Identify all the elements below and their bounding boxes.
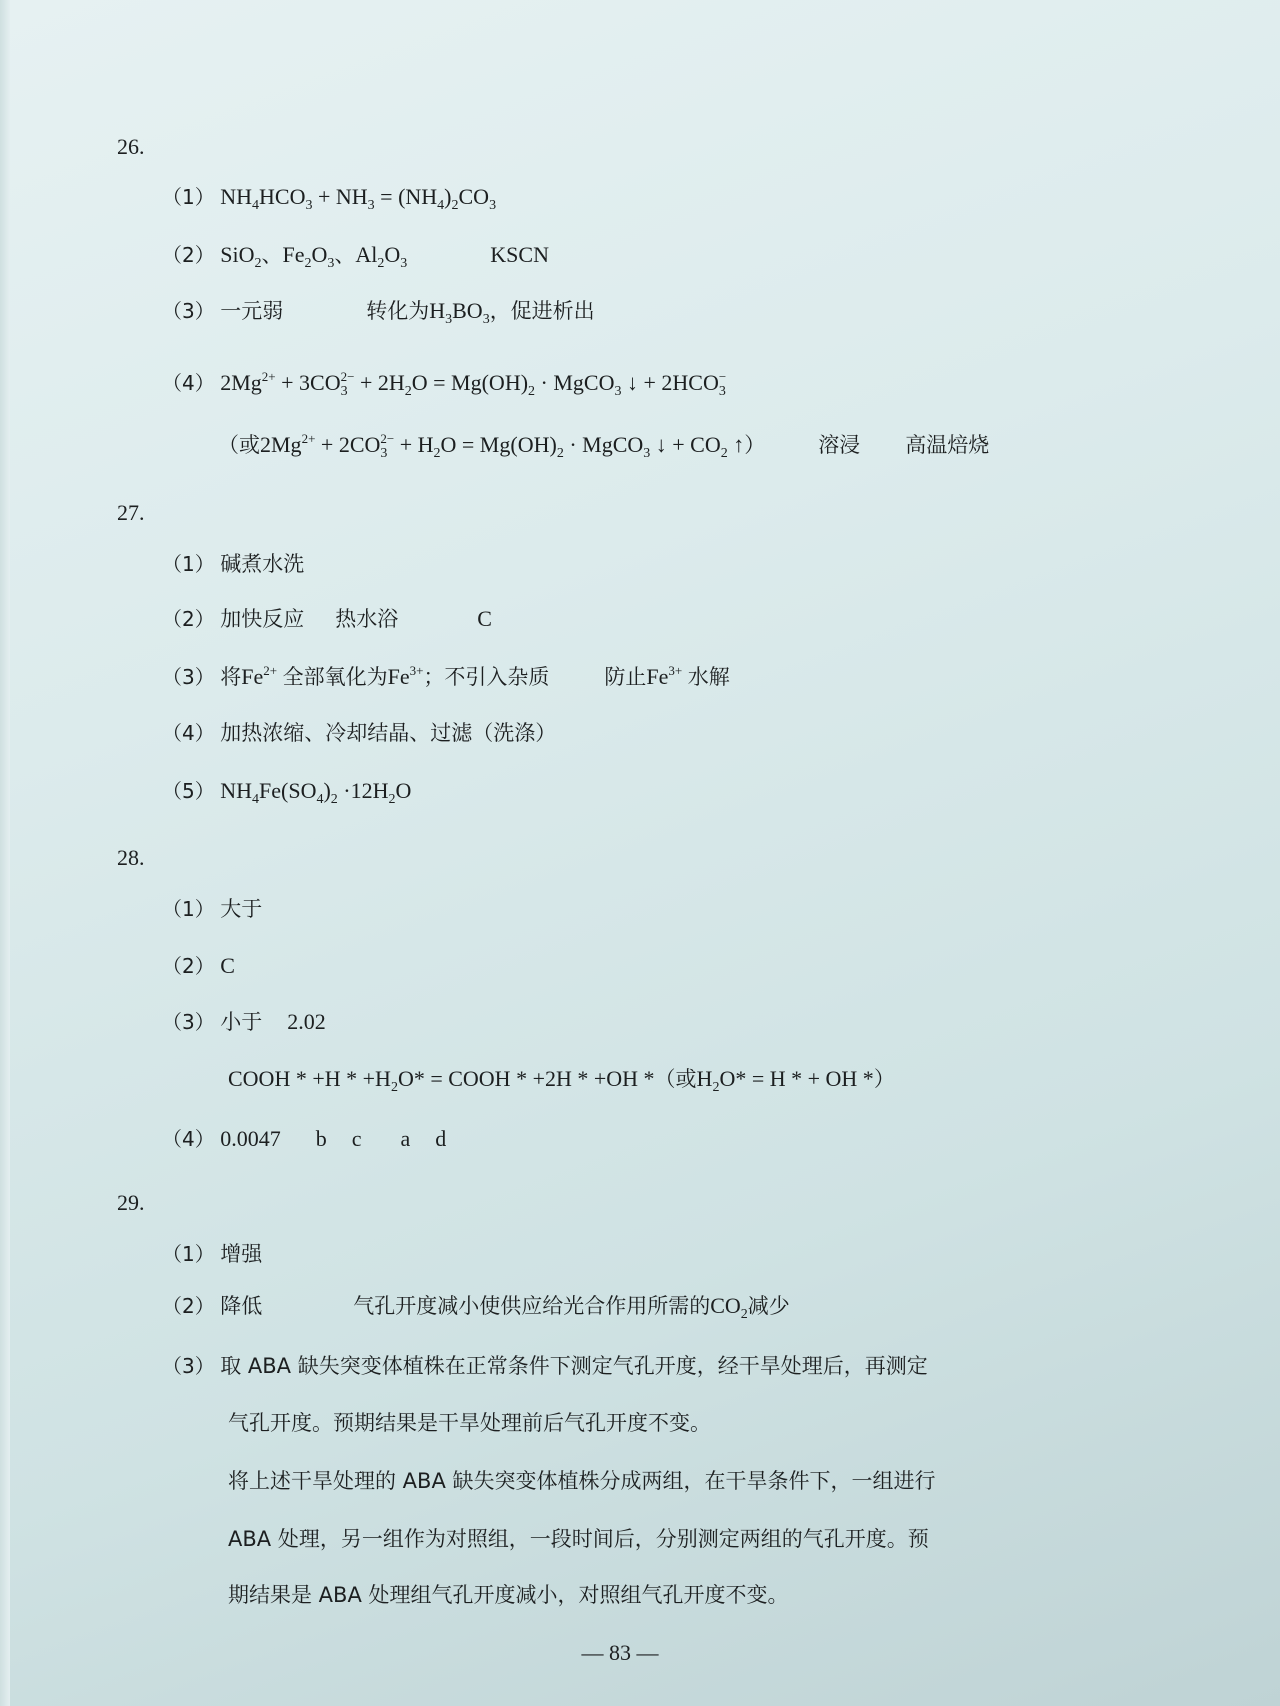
q26-p2-answer: SiO2、Fe2O3、Al2O3 bbox=[220, 242, 407, 267]
part-label: （4） bbox=[162, 371, 215, 395]
q26-part4-alt: （或2Mg2+ + 2CO32− + H2O = Mg(OH)2 · MgCO3… bbox=[218, 432, 989, 461]
q29-p3-line-3: 将上述干旱处理的 ABA 缺失突变体植株分成两组，在干旱条件下，一组进行 bbox=[228, 1471, 936, 1492]
q28-p3-answer: 小于 bbox=[220, 1010, 262, 1034]
q27-p5-answer: NH4Fe(SO4)2 ·12H2O bbox=[220, 778, 411, 803]
q27-p2-answer3: C bbox=[477, 606, 492, 631]
q26-p4-equation: 2Mg2+ + 3CO32− + 2H2O = Mg(OH)2 · MgCO3 … bbox=[220, 370, 726, 395]
question-number-28: 28. bbox=[117, 845, 145, 871]
q29-p2-answer2: 气孔开度减小使供应给光合作用所需的CO2减少 bbox=[353, 1293, 790, 1318]
q27-part4: （4） 加热浓缩、冷却结晶、过滤（洗涤） bbox=[162, 722, 556, 744]
q28-part3-equation: COOH * +H * +H2O* = COOH * +2H * +OH *（或… bbox=[228, 1068, 895, 1095]
part-label: （4） bbox=[162, 1127, 215, 1151]
q26-part1: （1） NH4HCO3 + NH3 = (NH4)2CO3 bbox=[162, 186, 496, 213]
part-label: （2） bbox=[162, 607, 215, 631]
q28-p4-answer4: a bbox=[401, 1126, 411, 1151]
q29-p3-line-5: 期结果是 ABA 处理组气孔开度减小，对照组气孔开度不变。 bbox=[228, 1585, 789, 1606]
q28-p3-equation: COOH * +H * +H2O* = COOH * +2H * +OH *（或… bbox=[228, 1066, 895, 1091]
part-label: （2） bbox=[162, 1294, 215, 1318]
q26-part2: （2） SiO2、Fe2O3、Al2O3 KSCN bbox=[162, 244, 549, 271]
q27-part5: （5） NH4Fe(SO4)2 ·12H2O bbox=[162, 780, 411, 807]
answer-key-page: 26. （1） NH4HCO3 + NH3 = (NH4)2CO3 （2） Si… bbox=[0, 0, 1280, 1706]
q29-p3-line-4: ABA 处理，另一组作为对照组，一段时间后，分别测定两组的气孔开度。预 bbox=[228, 1529, 929, 1550]
q29-p3-line-2: 气孔开度。预期结果是干旱处理前后气孔开度不变。 bbox=[228, 1413, 711, 1434]
q28-p4-answer: 0.0047 bbox=[220, 1126, 281, 1151]
q26-p4-answer3: 高温焙烧 bbox=[905, 433, 989, 457]
q29-part3: （3） 取 ABA 缺失突变体植株在正常条件下测定气孔开度，经干旱处理后，再测定 bbox=[162, 1355, 928, 1377]
q27-p1-answer: 碱煮水洗 bbox=[220, 552, 304, 576]
q27-p3-answer2: 防止Fe3+ 水解 bbox=[604, 664, 729, 689]
q28-part3: （3） 小于 2.02 bbox=[162, 1011, 326, 1033]
question-number-27: 27. bbox=[117, 500, 145, 526]
part-label: （4） bbox=[162, 721, 215, 745]
q29-part1: （1） 增强 bbox=[162, 1243, 262, 1265]
q29-part2: （2） 降低 气孔开度减小使供应给光合作用所需的CO2减少 bbox=[162, 1295, 790, 1322]
question-number-29: 29. bbox=[117, 1190, 145, 1216]
q27-part3: （3） 将Fe2+ 全部氧化为Fe3+；不引入杂质 防止Fe3+ 水解 bbox=[162, 664, 730, 688]
part-label: （3） bbox=[162, 1010, 215, 1034]
q26-part3: （3） 一元弱 转化为H3BO3，促进析出 bbox=[162, 300, 595, 327]
q27-p3-answer: 将Fe2+ 全部氧化为Fe3+；不引入杂质 bbox=[220, 664, 549, 689]
part-label: （1） bbox=[162, 1242, 215, 1266]
q26-p3-answer2: 转化为H3BO3，促进析出 bbox=[366, 298, 594, 323]
q27-part2: （2） 加快反应 热水浴 C bbox=[162, 608, 492, 630]
q28-p2-answer: C bbox=[220, 953, 235, 978]
q28-p4-answer5: d bbox=[435, 1126, 446, 1151]
part-label: （2） bbox=[162, 954, 215, 978]
part-label: （5） bbox=[162, 779, 215, 803]
q27-p2-answer: 加快反应 bbox=[220, 607, 304, 631]
part-label: （1） bbox=[162, 185, 215, 209]
page-number: — 83 — bbox=[0, 1640, 1240, 1666]
part-label: （3） bbox=[162, 665, 215, 689]
q26-p1-equation: NH4HCO3 + NH3 = (NH4)2CO3 bbox=[220, 184, 496, 209]
q26-part4: （4） 2Mg2+ + 3CO32− + 2H2O = Mg(OH)2 · Mg… bbox=[162, 370, 726, 399]
q28-p4-answer2: b bbox=[316, 1126, 327, 1151]
part-label: （2） bbox=[162, 243, 215, 267]
q28-p3-answer2: 2.02 bbox=[287, 1009, 326, 1034]
q29-p3-line-1: 取 ABA 缺失突变体植株在正常条件下测定气孔开度，经干旱处理后，再测定 bbox=[220, 1354, 928, 1378]
q26-p2-answer2: KSCN bbox=[490, 242, 549, 267]
question-number-26: 26. bbox=[117, 134, 145, 160]
q29-p2-answer: 降低 bbox=[220, 1294, 262, 1318]
q27-part1: （1） 碱煮水洗 bbox=[162, 553, 304, 575]
q28-part2: （2） C bbox=[162, 955, 235, 977]
q26-p4-alt-equation: （或2Mg2+ + 2CO32− + H2O = Mg(OH)2 · MgCO3… bbox=[218, 432, 765, 457]
part-label: （1） bbox=[162, 897, 215, 921]
part-label: （1） bbox=[162, 552, 215, 576]
q27-p2-answer2: 热水浴 bbox=[335, 607, 398, 631]
q28-part1: （1） 大于 bbox=[162, 898, 262, 920]
q28-part4: （4） 0.0047 b c a d bbox=[162, 1128, 446, 1150]
q28-p1-answer: 大于 bbox=[220, 897, 262, 921]
q26-p3-answer: 一元弱 bbox=[220, 299, 283, 323]
q29-p1-answer: 增强 bbox=[220, 1242, 262, 1266]
q26-p4-answer2: 溶浸 bbox=[818, 433, 860, 457]
q28-p4-answer3: c bbox=[352, 1126, 362, 1151]
q27-p4-answer: 加热浓缩、冷却结晶、过滤（洗涤） bbox=[220, 721, 556, 745]
part-label: （3） bbox=[162, 299, 215, 323]
part-label: （3） bbox=[162, 1354, 215, 1378]
